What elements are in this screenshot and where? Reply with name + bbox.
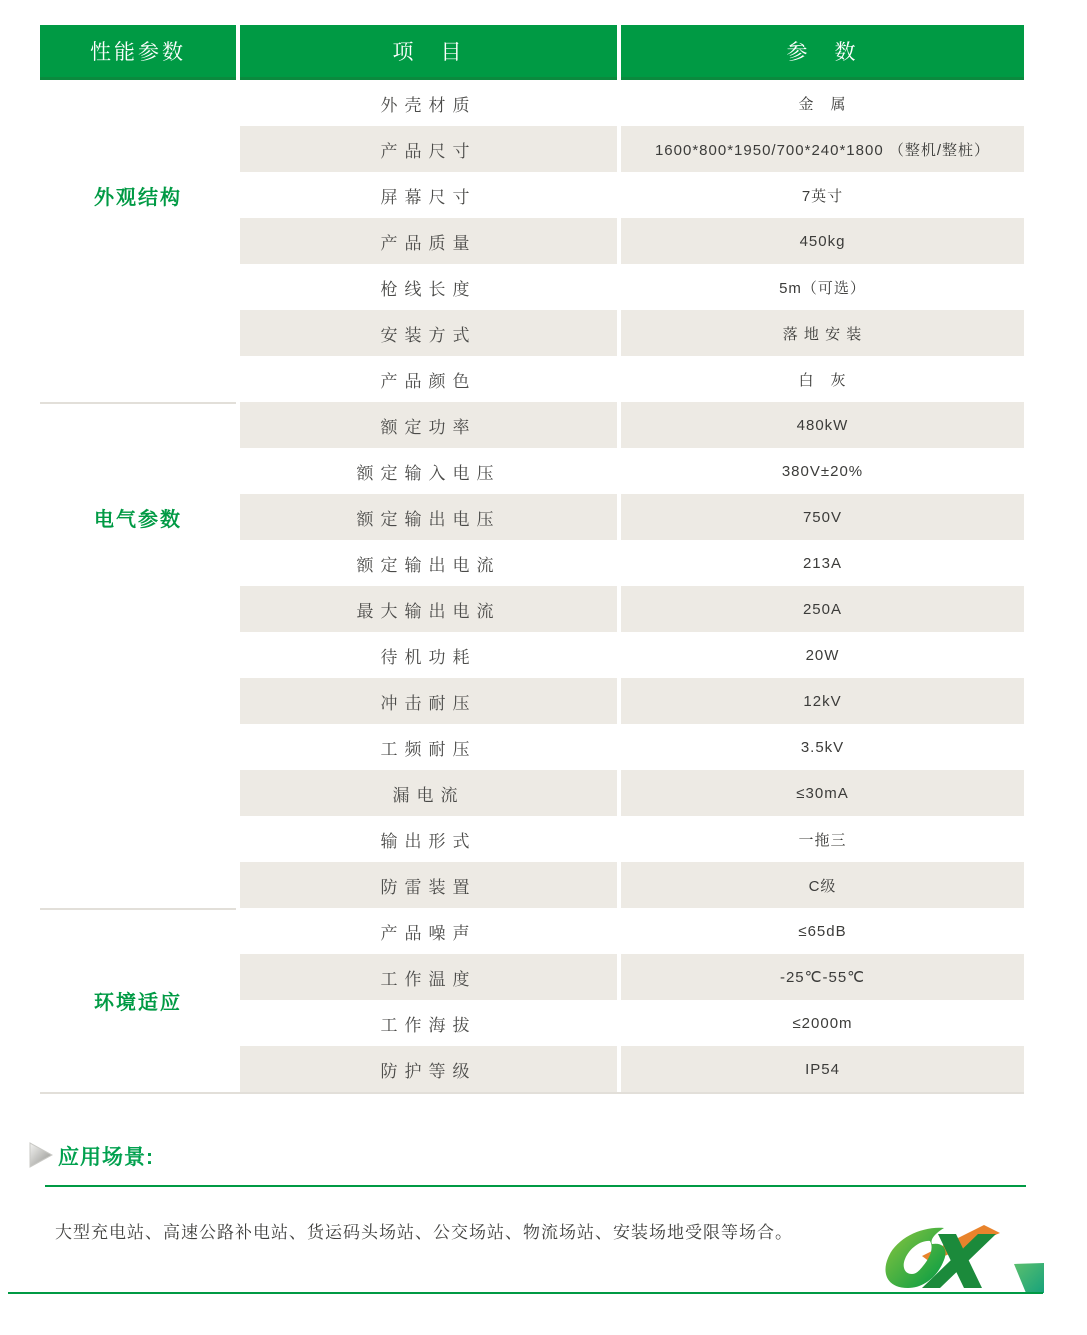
row-item-label: 待机功耗 bbox=[240, 632, 617, 678]
row-item-label: 额定输出电流 bbox=[240, 540, 617, 586]
row-group-spacer bbox=[40, 678, 236, 724]
row-parameter-value: ≤30mA bbox=[621, 770, 1024, 816]
table-row: 工频耐压 3.5kV bbox=[40, 724, 1024, 770]
corner-wedge-shape bbox=[1012, 1262, 1046, 1294]
row-group-spacer bbox=[40, 862, 236, 908]
row-parameter-value: 450kg bbox=[621, 218, 1024, 264]
table-row: 漏电流 ≤30mA bbox=[40, 770, 1024, 816]
table-row: 枪线长度 5m（可选） bbox=[40, 264, 1024, 310]
table-row: 产品尺寸 1600*800*1950/700*240*1800 （整机/整桩） bbox=[40, 126, 1024, 172]
row-parameter-value: 213A bbox=[621, 540, 1024, 586]
row-parameter-value: 落 地 安 装 bbox=[621, 310, 1024, 356]
table-row: 防护等级 IP54 bbox=[40, 1046, 1024, 1092]
row-item-label: 产品颜色 bbox=[240, 356, 617, 402]
table-row: 安装方式 落 地 安 装 bbox=[40, 310, 1024, 356]
table-row: 外壳材质 金 属 bbox=[40, 80, 1024, 126]
row-item-label: 工作温度 bbox=[240, 954, 617, 1000]
row-item-label: 额定输入电压 bbox=[240, 448, 617, 494]
row-parameter-value: 12kV bbox=[621, 678, 1024, 724]
group-label-appearance: 外观结构 bbox=[40, 181, 236, 210]
table-row: 产品质量 450kg bbox=[40, 218, 1024, 264]
table-row: 冲击耐压 12kV bbox=[40, 678, 1024, 724]
row-item-label: 产品质量 bbox=[240, 218, 617, 264]
table-row: 产品噪声 ≤65dB bbox=[40, 908, 1024, 954]
row-item-label: 额定功率 bbox=[240, 402, 617, 448]
row-parameter-value: 5m（可选） bbox=[621, 264, 1024, 310]
table-row: 额定输入电压 380V±20% bbox=[40, 448, 1024, 494]
spec-sheet-page: 性能参数 项 目 参 数 外观结构 电气参数 环境适应 外壳材质 金 属 产品尺… bbox=[0, 0, 1087, 1335]
row-item-label: 冲击耐压 bbox=[240, 678, 617, 724]
row-item-label: 额定输出电压 bbox=[240, 494, 617, 540]
row-parameter-value: 金 属 bbox=[621, 80, 1024, 126]
application-description: 大型充电站、高速公路补电站、货运码头场站、公交场站、物流场站、安装场地受限等场合… bbox=[55, 1218, 793, 1243]
row-parameter-value: 380V±20% bbox=[621, 448, 1024, 494]
row-group-spacer bbox=[40, 310, 236, 356]
table-row: 待机功耗 20W bbox=[40, 632, 1024, 678]
row-group-spacer bbox=[40, 264, 236, 310]
bottom-divider-line bbox=[8, 1292, 1043, 1294]
row-group-spacer bbox=[40, 908, 236, 954]
triangle-bullet-icon bbox=[29, 1142, 53, 1168]
row-group-spacer bbox=[40, 126, 236, 172]
row-parameter-value: 白 灰 bbox=[621, 356, 1024, 402]
row-group-spacer bbox=[40, 356, 236, 402]
row-item-label: 工频耐压 bbox=[240, 724, 617, 770]
group-label-electrical: 电气参数 bbox=[40, 503, 236, 532]
table-row: 输出形式 一拖三 bbox=[40, 816, 1024, 862]
table-header-row: 性能参数 项 目 参 数 bbox=[40, 25, 1024, 80]
row-group-spacer bbox=[40, 770, 236, 816]
row-parameter-value: ≤2000m bbox=[621, 1000, 1024, 1046]
row-parameter-value: 480kW bbox=[621, 402, 1024, 448]
row-parameter-value: 1600*800*1950/700*240*1800 （整机/整桩） bbox=[621, 126, 1024, 172]
header-performance-params: 性能参数 bbox=[40, 25, 236, 80]
header-item: 项 目 bbox=[240, 25, 617, 80]
row-item-label: 安装方式 bbox=[240, 310, 617, 356]
row-group-spacer bbox=[40, 80, 236, 126]
row-item-label: 输出形式 bbox=[240, 816, 617, 862]
row-item-label: 外壳材质 bbox=[240, 80, 617, 126]
dx-logo bbox=[878, 1220, 1008, 1292]
row-parameter-value: C级 bbox=[621, 862, 1024, 908]
row-item-label: 产品尺寸 bbox=[240, 126, 617, 172]
row-parameter-value: 一拖三 bbox=[621, 816, 1024, 862]
row-parameter-value: ≤65dB bbox=[621, 908, 1024, 954]
table-body: 外观结构 电气参数 环境适应 外壳材质 金 属 产品尺寸 1600*800*19… bbox=[40, 80, 1024, 1094]
row-parameter-value: 750V bbox=[621, 494, 1024, 540]
group-divider bbox=[40, 908, 236, 910]
row-item-label: 产品噪声 bbox=[240, 908, 617, 954]
group-divider bbox=[40, 402, 236, 404]
header-parameter: 参 数 bbox=[621, 25, 1024, 80]
row-group-spacer bbox=[40, 402, 236, 448]
row-item-label: 工作海拔 bbox=[240, 1000, 617, 1046]
row-group-spacer bbox=[40, 586, 236, 632]
row-parameter-value: IP54 bbox=[621, 1046, 1024, 1092]
row-item-label: 枪线长度 bbox=[240, 264, 617, 310]
row-group-spacer bbox=[40, 1046, 236, 1092]
row-group-spacer bbox=[40, 816, 236, 862]
group-label-environment: 环境适应 bbox=[40, 986, 236, 1015]
row-group-spacer bbox=[40, 218, 236, 264]
spec-table: 性能参数 项 目 参 数 外观结构 电气参数 环境适应 外壳材质 金 属 产品尺… bbox=[40, 25, 1024, 1094]
row-group-spacer bbox=[40, 448, 236, 494]
section-underline bbox=[45, 1185, 1026, 1187]
row-item-label: 防雷装置 bbox=[240, 862, 617, 908]
row-parameter-value: 7英寸 bbox=[621, 172, 1024, 218]
row-item-label: 漏电流 bbox=[240, 770, 617, 816]
row-group-spacer bbox=[40, 540, 236, 586]
table-row: 最大输出电流 250A bbox=[40, 586, 1024, 632]
table-row: 防雷装置 C级 bbox=[40, 862, 1024, 908]
row-item-label: 最大输出电流 bbox=[240, 586, 617, 632]
row-parameter-value: 250A bbox=[621, 586, 1024, 632]
row-item-label: 屏幕尺寸 bbox=[240, 172, 617, 218]
table-row: 额定输出电流 213A bbox=[40, 540, 1024, 586]
row-group-spacer bbox=[40, 632, 236, 678]
row-parameter-value: 3.5kV bbox=[621, 724, 1024, 770]
row-group-spacer bbox=[40, 724, 236, 770]
table-row: 产品颜色 白 灰 bbox=[40, 356, 1024, 402]
table-row: 额定功率 480kW bbox=[40, 402, 1024, 448]
row-parameter-value: -25℃-55℃ bbox=[621, 954, 1024, 1000]
application-section-title: 应用场景: bbox=[58, 1141, 154, 1171]
row-item-label: 防护等级 bbox=[240, 1046, 617, 1092]
row-parameter-value: 20W bbox=[621, 632, 1024, 678]
